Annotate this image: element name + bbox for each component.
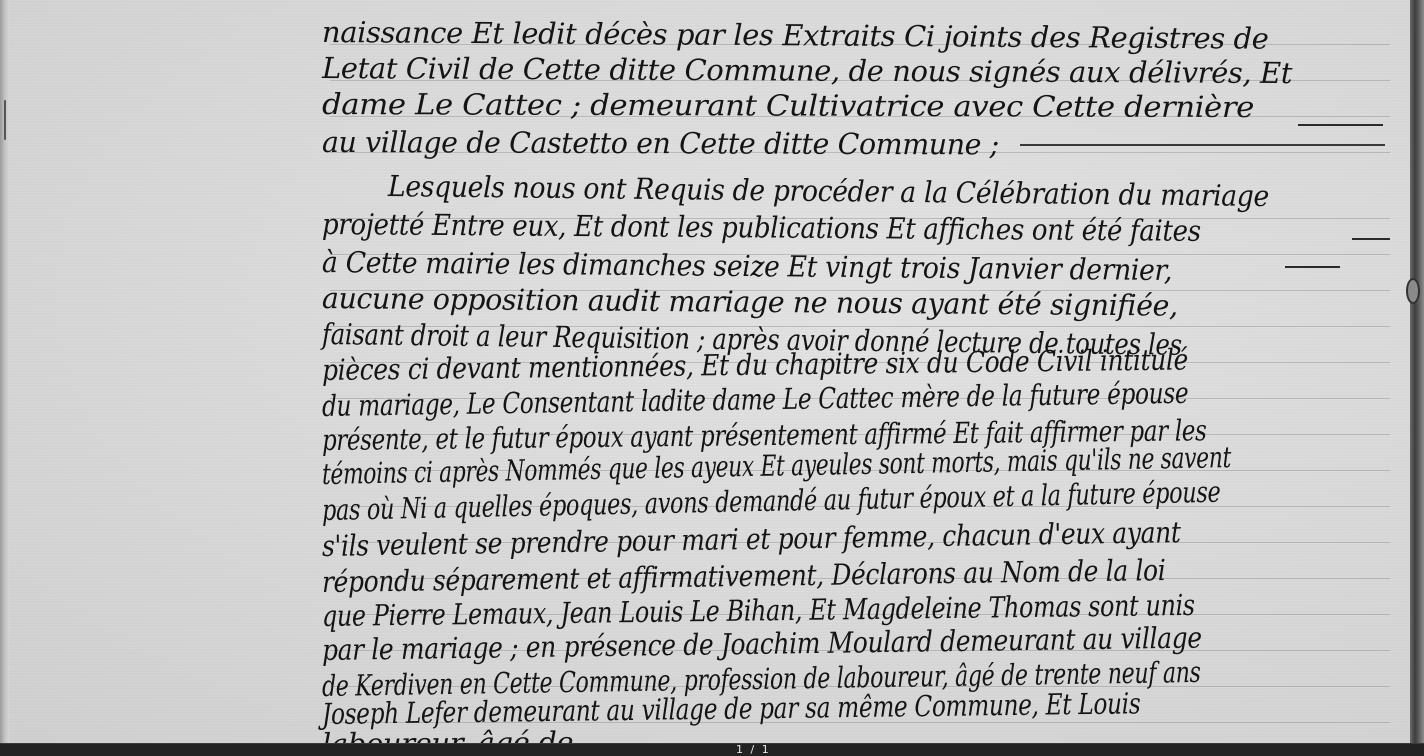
text-line: projetté Entre eux, Et dont les publicat…	[322, 206, 1201, 249]
text-line: dame Le Cattec ; demeurant Cultivatrice …	[322, 86, 1254, 125]
binding-edge	[1410, 0, 1424, 743]
scanned-page: naissance Et ledit décès par les Extrait…	[0, 0, 1424, 743]
document-viewer: naissance Et ledit décès par les Extrait…	[0, 0, 1424, 756]
text-line: Letat Civil de Cette ditte Commune, de n…	[322, 50, 1292, 91]
viewer-toolbar	[0, 743, 1424, 756]
text-line: laboureur, âgé de ...	[322, 724, 609, 743]
gutter-mark	[4, 100, 6, 140]
page-indicator: 1 / 1	[736, 744, 771, 756]
text-line: au village de Castetto en Cette ditte Co…	[322, 124, 999, 162]
handwritten-text: naissance Et ledit décès par les Extrait…	[322, 0, 1412, 743]
